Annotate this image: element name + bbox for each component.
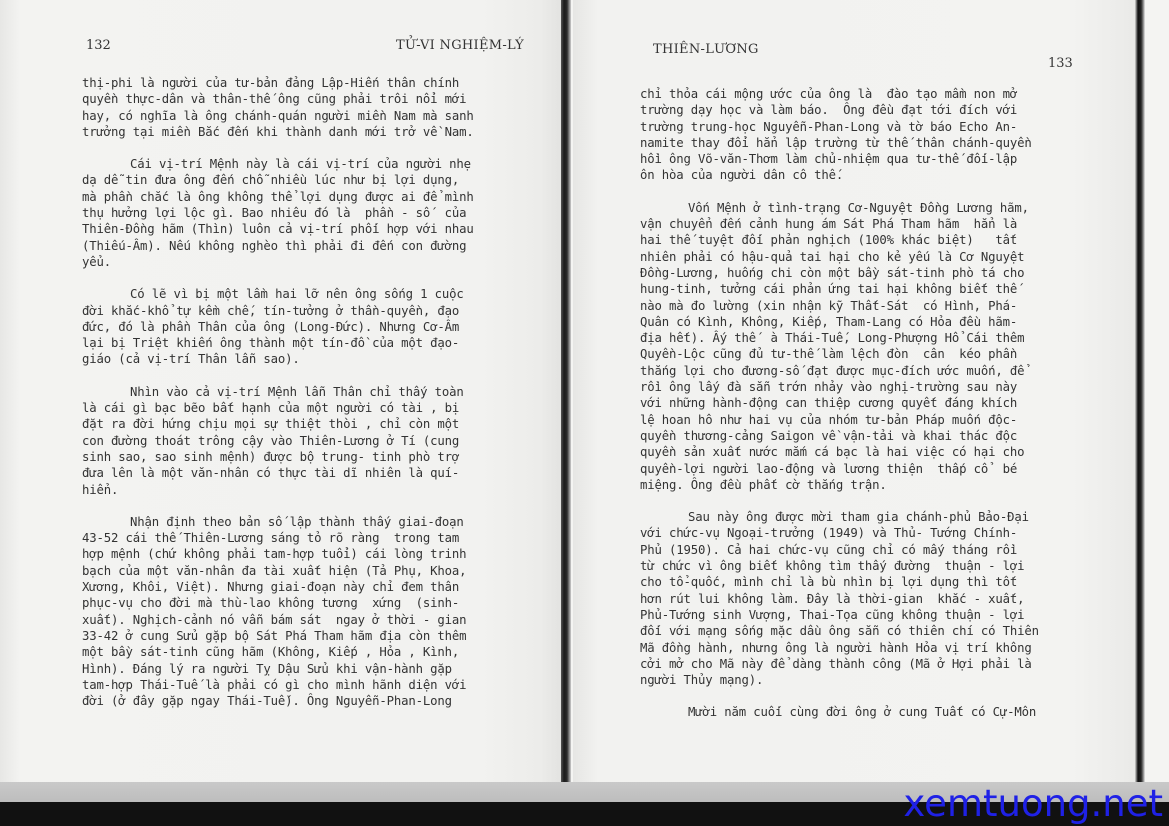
paragraph: Có lẽ vì bị một lầm hai lỡ nên ông sống … bbox=[82, 286, 522, 367]
text-line: xuất). Nghịch-cảnh nó vẫn bám sát ngay ở… bbox=[82, 612, 522, 628]
text-line: Hình). Đáng lý ra người Tỵ Dậu Sửu khi v… bbox=[82, 661, 522, 677]
text-line: trường trung-học Nguyễn-Phan-Long và tờ … bbox=[640, 119, 1070, 135]
text-line: người Thủy mạng). bbox=[640, 672, 1070, 688]
text-line: đời (ở đây gặp ngay Thái-Tuế). Ông Nguyễ… bbox=[82, 693, 522, 709]
text-line: phục-vụ cho đời mà thù-lao không tương x… bbox=[82, 595, 522, 611]
text-line: Quyền-Lộc cũng đủ tư-thế làm lệch đòn câ… bbox=[640, 346, 1070, 362]
text-line: hai thế tuyệt đối phản nghịch (100% khác… bbox=[640, 232, 1070, 248]
text-line: tam-hợp Thái-Tuế là phải có gì cho mình … bbox=[82, 677, 522, 693]
right-page-body: chỉ thỏa cái mộng ước của ông là đào tạo… bbox=[640, 86, 1070, 721]
text-line: từ chức vì ông biết không tìm thấy đường… bbox=[640, 558, 1070, 574]
left-page-body: thị-phi là người của tư-bản đảng Lập-Hiế… bbox=[82, 75, 522, 709]
text-line: hợp mệnh (chứ không phải tam-hợp tuổi) c… bbox=[82, 546, 522, 562]
text-line: hung-tinh, tưởng cái phản ứng tai hại kh… bbox=[640, 281, 1070, 297]
paragraph: Mười năm cuối cùng đời ông ở cung Tuất c… bbox=[640, 704, 1070, 720]
text-line: giáo (cả vị-trí Thân lẫn sao). bbox=[82, 351, 522, 367]
text-line: Xương, Khôi, Việt). Nhưng giai-đoạn này … bbox=[82, 579, 522, 595]
text-line: quyền sản xuất nước mắm cá bạc là hai vi… bbox=[640, 444, 1070, 460]
text-line: Vốn Mệnh ở tình-trạng Cơ-Nguyệt Đồng Lươ… bbox=[640, 200, 1070, 216]
paragraph: Cái vị-trí Mệnh này là cái vị-trí của ng… bbox=[82, 156, 522, 270]
text-line: Mười năm cuối cùng đời ông ở cung Tuất c… bbox=[640, 704, 1070, 720]
text-line: một bầy sát-tinh cũng hãm (Không, Kiếp ,… bbox=[82, 644, 522, 660]
text-line: Thiên-Đồng hãm (Thìn) luôn cả vị-trí phố… bbox=[82, 221, 522, 237]
text-line: hơn rút lui không làm. Đây là thời-gian … bbox=[640, 591, 1070, 607]
text-line: trường dạy học và làm báo. Ông đều đạt t… bbox=[640, 102, 1070, 118]
text-line: rồi ông lấy đà sẵn trớn nhảy vào nghị-tr… bbox=[640, 379, 1070, 395]
paragraph: thị-phi là người của tư-bản đảng Lập-Hiế… bbox=[82, 75, 522, 140]
text-line: Quân có Kình, Không, Kiếp, Tham-Lang có … bbox=[640, 314, 1070, 330]
text-line: Phủ (1950). Cả hai chức-vụ cũng chỉ có m… bbox=[640, 542, 1070, 558]
text-line: địa hết). Ấy thế à Thái-Tuế, Long-Phượng… bbox=[640, 330, 1070, 346]
text-line: Nhận định theo bản số lập thành thấy gia… bbox=[82, 514, 522, 530]
text-line: dạ dễ tin đưa ông đến chỗ nhiều lúc như … bbox=[82, 172, 522, 188]
text-line: cởi mở cho Mã này để dàng thành công (Mã… bbox=[640, 656, 1070, 672]
text-line: với chức-vụ Ngoại-trưởng (1949) và Thủ- … bbox=[640, 525, 1070, 541]
page-number-right: 133 bbox=[1048, 56, 1073, 71]
text-line: vận chuyển đến cảnh hung ám Sát Phá Tham… bbox=[640, 216, 1070, 232]
paragraph: chỉ thỏa cái mộng ước của ông là đào tạo… bbox=[640, 86, 1070, 184]
paragraph: Vốn Mệnh ở tình-trạng Cơ-Nguyệt Đồng Lươ… bbox=[640, 200, 1070, 493]
text-line: quyền-lợi người lao-động và lương thiện … bbox=[640, 461, 1070, 477]
running-head-left: TỬ-VI NGHIỆM-LÝ bbox=[396, 38, 524, 53]
text-line: đời khắc-khổ tự kềm chế, tín-tưởng ở thầ… bbox=[82, 303, 522, 319]
text-line: Sau này ông được mời tham gia chánh-phủ … bbox=[640, 509, 1070, 525]
text-line: quyền thực-dân và thân-thế ông cũng phải… bbox=[82, 91, 522, 107]
text-line: lại bị Triệt khiến ông thành một tín-đồ … bbox=[82, 335, 522, 351]
text-line: thị-phi là người của tư-bản đảng Lập-Hiế… bbox=[82, 75, 522, 91]
text-line: con đường thoát trông cậy vào Thiên-Lươn… bbox=[82, 433, 522, 449]
text-line: yểu. bbox=[82, 254, 522, 270]
text-line: quyền thương-cảng Saigon về vận-tải và k… bbox=[640, 428, 1070, 444]
text-line: thắng lợi cho đương-số đạt được mục-đích… bbox=[640, 363, 1070, 379]
text-line: 33-42 ở cung Sửu gặp bộ Sát Phá Tham hãm… bbox=[82, 628, 522, 644]
book-scan: 132 TỬ-VI NGHIỆM-LÝ thị-phi là người của… bbox=[0, 0, 1169, 826]
text-line: nào mà đo lường (xin nhận kỹ Thất-Sát có… bbox=[640, 298, 1070, 314]
text-line: nhiên phải có hậu-quả tai hại cho kẻ yếu… bbox=[640, 249, 1070, 265]
paragraph: Nhìn vào cả vị-trí Mệnh lẫn Thân chỉ thấ… bbox=[82, 384, 522, 498]
text-line: hồi ông Võ-văn-Thơm làm chủ-nhiệm qua tư… bbox=[640, 151, 1070, 167]
text-line: đặt ra đời hứng chịu mọi sự thiệt thòi ,… bbox=[82, 416, 522, 432]
text-line: 43-52 cái thế Thiên-Lương sáng tỏ rõ ràn… bbox=[82, 530, 522, 546]
watermark-text: xemtuong.net bbox=[903, 784, 1163, 824]
text-line: lệ hoan hô như hai vụ của nhóm tư-bản Ph… bbox=[640, 412, 1070, 428]
page-number-left: 132 bbox=[86, 38, 111, 53]
text-line: chỉ thỏa cái mộng ước của ông là đào tạo… bbox=[640, 86, 1070, 102]
text-line: Đồng-Lương, huống chi còn một bầy sát-ti… bbox=[640, 265, 1070, 281]
book-spine bbox=[561, 0, 571, 788]
left-page: 132 TỬ-VI NGHIỆM-LÝ thị-phi là người của… bbox=[0, 0, 563, 782]
text-line: Phủ-Tướng sinh Vượng, Thai-Tọa cũng khôn… bbox=[640, 607, 1070, 623]
text-line: thụ hưởng lợi lộc gì. Bao nhiêu đó là ph… bbox=[82, 205, 522, 221]
text-line: bạch của một văn-nhân đa tài xuất hiện (… bbox=[82, 563, 522, 579]
text-line: ôn hòa của người dân cô thế. bbox=[640, 167, 1070, 183]
text-line: cho tổ-quốc, mình chỉ là bù nhìn bị lợi … bbox=[640, 574, 1070, 590]
text-line: Mã đồng hành, nhưng ông là người hành Hỏ… bbox=[640, 640, 1070, 656]
text-line: hiển. bbox=[82, 482, 522, 498]
text-line: Có lẽ vì bị một lầm hai lỡ nên ông sống … bbox=[82, 286, 522, 302]
text-line: đưa lên là một văn-nhân có thực tài dĩ n… bbox=[82, 465, 522, 481]
text-line: là cái gì bạc bẽo bất hạnh của một người… bbox=[82, 400, 522, 416]
text-line: Nhìn vào cả vị-trí Mệnh lẫn Thân chỉ thấ… bbox=[82, 384, 522, 400]
page-edge-right bbox=[1135, 0, 1145, 782]
running-head-right: THIÊN-LƯƠNG bbox=[653, 42, 759, 57]
text-line: hay, có nghĩa là ông chánh-quán người mi… bbox=[82, 108, 522, 124]
text-line: đối với mạng sống mặc dầu ông sẵn có thi… bbox=[640, 623, 1070, 639]
text-line: đức, đó là phần Thân của ông (Long-Đức).… bbox=[82, 319, 522, 335]
right-page: THIÊN-LƯƠNG 133 chỉ thỏa cái mộng ước củ… bbox=[573, 0, 1139, 782]
text-line: (Thiếu-Âm). Nếu không nghèo thì phải đi … bbox=[82, 238, 522, 254]
text-line: với những hành-động can thiệp cương quyế… bbox=[640, 395, 1070, 411]
paragraph: Nhận định theo bản số lập thành thấy gia… bbox=[82, 514, 522, 710]
text-line: sinh sao, sao sinh mệnh) được bộ trung- … bbox=[82, 449, 522, 465]
text-line: namite thay đổi hẳn lập trường từ thế th… bbox=[640, 135, 1070, 151]
text-line: Cái vị-trí Mệnh này là cái vị-trí của ng… bbox=[82, 156, 522, 172]
text-line: trưởng tại miền Bắc đến khi thành danh m… bbox=[82, 124, 522, 140]
text-line: miệng. Ông đều phất cờ thắng trận. bbox=[640, 477, 1070, 493]
text-line: mà phần chắc là ông không thể lợi dụng đ… bbox=[82, 189, 522, 205]
paragraph: Sau này ông được mời tham gia chánh-phủ … bbox=[640, 509, 1070, 688]
